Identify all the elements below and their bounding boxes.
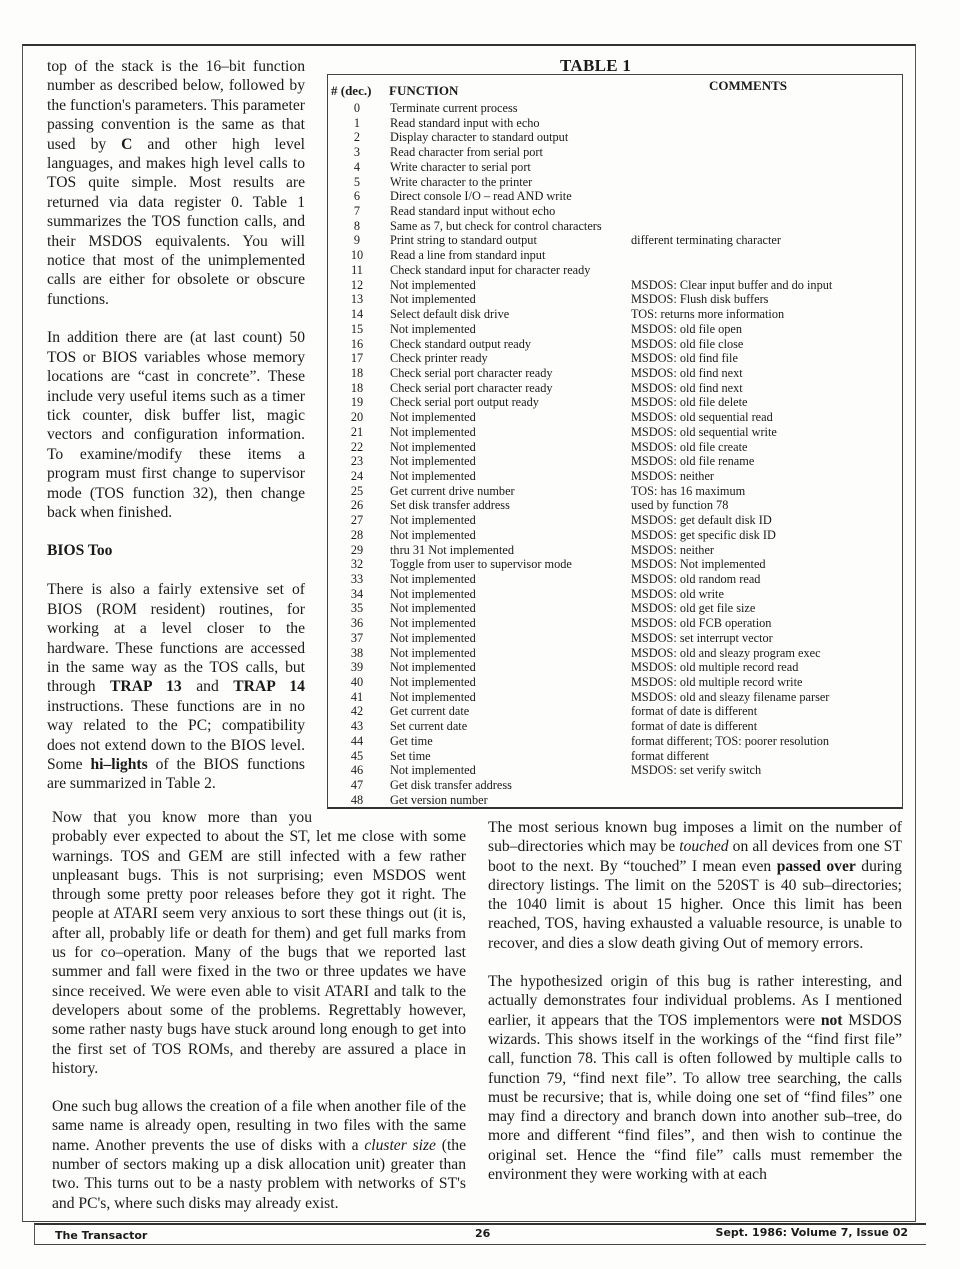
row-comment: format of date is different — [631, 704, 757, 719]
table-title: TABLE 1 — [560, 56, 631, 76]
row-comment: MSDOS: set verify switch — [631, 763, 761, 778]
table-row: 18Check serial port character readyMSDOS… — [328, 381, 902, 396]
bold-text: hi–lights — [90, 756, 147, 773]
column-header-number: # (dec.) — [331, 83, 371, 99]
table-row: 4Write character to serial port — [328, 160, 902, 175]
table-row: 3Read character from serial port — [328, 145, 902, 160]
row-number: 19 — [328, 395, 386, 410]
row-function: Read character from serial port — [390, 145, 543, 160]
table-row: 17Check printer readyMSDOS: old find fil… — [328, 351, 902, 366]
row-comment: MSDOS: old FCB operation — [631, 616, 771, 631]
row-number: 2 — [328, 130, 386, 145]
row-comment: MSDOS: old file close — [631, 337, 743, 352]
bold-text: passed over — [777, 858, 856, 875]
bold-text: TRAP 13 — [110, 678, 182, 695]
row-comment: used by function 78 — [631, 498, 728, 513]
row-number: 23 — [328, 454, 386, 469]
text: MSDOS wizards. This shows itself in the … — [488, 1012, 902, 1183]
row-function: Read standard input with echo — [390, 116, 540, 131]
table-row: 13Not implementedMSDOS: Flush disk buffe… — [328, 292, 902, 307]
row-function: Set disk transfer address — [390, 498, 510, 513]
table-row: 21Not implementedMSDOS: old sequential w… — [328, 425, 902, 440]
table-row: 26Set disk transfer addressused by funct… — [328, 498, 902, 513]
row-number: 11 — [328, 263, 386, 278]
section-heading: BIOS Too — [47, 541, 305, 560]
bold-text: C — [121, 136, 132, 153]
table-row: 7Read standard input without echo — [328, 204, 902, 219]
row-comment: MSDOS: old file rename — [631, 454, 754, 469]
row-function: Get disk transfer address — [390, 778, 512, 793]
row-number: 41 — [328, 690, 386, 705]
paragraph: Now that you know more than youprobably … — [52, 808, 466, 1078]
row-number: 28 — [328, 528, 386, 543]
row-number: 4 — [328, 160, 386, 175]
right-column: The most serious known bug imposes a lim… — [488, 818, 902, 1203]
row-comment: MSDOS: old find next — [631, 381, 743, 396]
row-function: Select default disk drive — [390, 307, 509, 322]
row-number: 0 — [328, 101, 386, 116]
table-row: 32Toggle from user to supervisor modeMSD… — [328, 557, 902, 572]
row-number: 18 — [328, 366, 386, 381]
row-function: Not implemented — [390, 763, 476, 778]
row-comment: MSDOS: old file delete — [631, 395, 747, 410]
row-comment: MSDOS: get specific disk ID — [631, 528, 776, 543]
publication-name: The Transactor — [55, 1229, 147, 1242]
row-function: Not implemented — [390, 631, 476, 646]
row-number: 22 — [328, 440, 386, 455]
row-function: Check serial port character ready — [390, 381, 553, 396]
text: Now that you know more than you — [52, 808, 312, 827]
table-row: 25Get current drive numberTOS: has 16 ma… — [328, 484, 902, 499]
row-number: 25 — [328, 484, 386, 499]
row-comment: MSDOS: old multiple record read — [631, 660, 798, 675]
row-comment: MSDOS: set interrupt vector — [631, 631, 773, 646]
row-number: 24 — [328, 469, 386, 484]
row-function: Not implemented — [390, 587, 476, 602]
function-table: # (dec.) FUNCTION COMMENTS 0Terminate cu… — [327, 74, 903, 809]
row-number: 5 — [328, 175, 386, 190]
table-row: 10Read a line from standard input — [328, 248, 902, 263]
table-row: 14Select default disk driveTOS: returns … — [328, 307, 902, 322]
text: and other high level languages, and make… — [47, 136, 305, 308]
row-number: 44 — [328, 734, 386, 749]
table-row: 19Check serial port output readyMSDOS: o… — [328, 395, 902, 410]
issue-info: Sept. 1986: Volume 7, Issue 02 — [716, 1226, 908, 1239]
row-comment: MSDOS: old sequential write — [631, 425, 777, 440]
table-row: 24Not implementedMSDOS: neither — [328, 469, 902, 484]
row-function: Write character to serial port — [390, 160, 531, 175]
text: and — [182, 678, 234, 695]
left-column: top of the stack is the 16–bit function … — [47, 57, 305, 813]
paragraph: top of the stack is the 16–bit function … — [47, 57, 305, 309]
row-function: Not implemented — [390, 410, 476, 425]
table-row: 38Not implementedMSDOS: old and sleazy p… — [328, 646, 902, 661]
row-number: 39 — [328, 660, 386, 675]
row-number: 37 — [328, 631, 386, 646]
row-number: 47 — [328, 778, 386, 793]
row-function: Not implemented — [390, 278, 476, 293]
row-function: Not implemented — [390, 690, 476, 705]
row-number: 10 — [328, 248, 386, 263]
row-function: Set current date — [390, 719, 467, 734]
table-row: 47Get disk transfer address — [328, 778, 902, 793]
table-row: 41Not implementedMSDOS: old and sleazy f… — [328, 690, 902, 705]
row-comment: MSDOS: get default disk ID — [631, 513, 772, 528]
row-function: Check serial port character ready — [390, 366, 553, 381]
table-row: 37Not implementedMSDOS: set interrupt ve… — [328, 631, 902, 646]
row-function: Not implemented — [390, 675, 476, 690]
row-comment: TOS: has 16 maximum — [631, 484, 745, 499]
table-row: 34Not implementedMSDOS: old write — [328, 587, 902, 602]
row-function: Get current drive number — [390, 484, 515, 499]
row-function: thru 31 Not implemented — [390, 543, 514, 558]
row-number: 9 — [328, 233, 386, 248]
row-number: 38 — [328, 646, 386, 661]
row-number: 33 — [328, 572, 386, 587]
paragraph: The hypothesized origin of this bug is r… — [488, 972, 902, 1184]
row-comment: MSDOS: Flush disk buffers — [631, 292, 768, 307]
column-header-function: FUNCTION — [389, 83, 458, 99]
table-row: 5Write character to the printer — [328, 175, 902, 190]
row-function: Not implemented — [390, 646, 476, 661]
row-comment: MSDOS: old find file — [631, 351, 738, 366]
row-comment: MSDOS: Not implemented — [631, 557, 766, 572]
table-row: 48Get version number — [328, 793, 902, 808]
row-function: Not implemented — [390, 528, 476, 543]
row-function: Check serial port output ready — [390, 395, 539, 410]
table-row: 22Not implementedMSDOS: old file create — [328, 440, 902, 455]
row-function: Terminate current process — [390, 101, 518, 116]
text: probably ever expected to about the ST, … — [52, 828, 466, 1077]
row-comment: MSDOS: neither — [631, 543, 714, 558]
row-function: Not implemented — [390, 425, 476, 440]
table-row: 2Display character to standard output — [328, 130, 902, 145]
row-number: 29 — [328, 543, 386, 558]
bottom-left-column: Now that you know more than youprobably … — [52, 808, 466, 1232]
italic-text: touched — [679, 838, 728, 855]
row-function: Not implemented — [390, 513, 476, 528]
row-function: Get time — [390, 734, 433, 749]
row-number: 14 — [328, 307, 386, 322]
table-row: 18Check serial port character readyMSDOS… — [328, 366, 902, 381]
row-number: 13 — [328, 292, 386, 307]
row-number: 36 — [328, 616, 386, 631]
row-number: 48 — [328, 793, 386, 808]
row-number: 35 — [328, 601, 386, 616]
row-number: 46 — [328, 763, 386, 778]
paragraph: There is also a fairly extensive set of … — [47, 580, 305, 793]
table-row: 40Not implementedMSDOS: old multiple rec… — [328, 675, 902, 690]
row-number: 27 — [328, 513, 386, 528]
row-number: 43 — [328, 719, 386, 734]
row-function: Toggle from user to supervisor mode — [390, 557, 572, 572]
row-comment: format different; TOS: poorer resolution — [631, 734, 829, 749]
row-comment: MSDOS: old random read — [631, 572, 760, 587]
table-row: 11Check standard input for character rea… — [328, 263, 902, 278]
row-number: 40 — [328, 675, 386, 690]
table-row: 46Not implementedMSDOS: set verify switc… — [328, 763, 902, 778]
row-comment: MSDOS: Clear input buffer and do input — [631, 278, 832, 293]
row-function: Check standard output ready — [390, 337, 531, 352]
column-header-comments: COMMENTS — [709, 78, 787, 94]
row-function: Check standard input for character ready — [390, 263, 590, 278]
table-row: 16Check standard output readyMSDOS: old … — [328, 337, 902, 352]
row-function: Same as 7, but check for control charact… — [390, 219, 602, 234]
row-function: Not implemented — [390, 454, 476, 469]
bold-text: not — [821, 1012, 843, 1029]
row-number: 12 — [328, 278, 386, 293]
row-function: Not implemented — [390, 601, 476, 616]
row-comment: MSDOS: old and sleazy program exec — [631, 646, 821, 661]
row-function: Write character to the printer — [390, 175, 532, 190]
table-row: 29thru 31 Not implementedMSDOS: neither — [328, 543, 902, 558]
table-row: 0Terminate current process — [328, 101, 902, 116]
table-row: 6Direct console I/O – read AND write — [328, 189, 902, 204]
row-number: 3 — [328, 145, 386, 160]
row-comment: MSDOS: old file open — [631, 322, 742, 337]
row-comment: MSDOS: old get file size — [631, 601, 755, 616]
row-number: 21 — [328, 425, 386, 440]
row-function: Read standard input without echo — [390, 204, 555, 219]
row-comment: MSDOS: old sequential read — [631, 410, 773, 425]
row-number: 7 — [328, 204, 386, 219]
row-comment: MSDOS: old and sleazy filename parser — [631, 690, 829, 705]
page-footer: The Transactor 26 Sept. 1986: Volume 7, … — [34, 1223, 926, 1245]
row-function: Set time — [390, 749, 431, 764]
table-row: 12Not implementedMSDOS: Clear input buff… — [328, 278, 902, 293]
paragraph: One such bug allows the creation of a fi… — [52, 1097, 466, 1213]
row-number: 6 — [328, 189, 386, 204]
row-number: 8 — [328, 219, 386, 234]
row-number: 16 — [328, 337, 386, 352]
row-function: Not implemented — [390, 660, 476, 675]
row-comment: MSDOS: old multiple record write — [631, 675, 802, 690]
row-function: Check printer ready — [390, 351, 488, 366]
row-comment: different terminating character — [631, 233, 781, 248]
paragraph: In addition there are (at last count) 50… — [47, 328, 305, 522]
row-number: 42 — [328, 704, 386, 719]
row-function: Read a line from standard input — [390, 248, 545, 263]
row-number: 26 — [328, 498, 386, 513]
row-number: 18 — [328, 381, 386, 396]
table-row: 9Print string to standard outputdifferen… — [328, 233, 902, 248]
row-comment: format of date is different — [631, 719, 757, 734]
row-number: 34 — [328, 587, 386, 602]
table-row: 44Get timeformat different; TOS: poorer … — [328, 734, 902, 749]
table-row: 39Not implementedMSDOS: old multiple rec… — [328, 660, 902, 675]
table-row: 43Set current dateformat of date is diff… — [328, 719, 902, 734]
table-row: 45Set timeformat different — [328, 749, 902, 764]
italic-text: cluster size — [364, 1137, 436, 1154]
row-function: Direct console I/O – read AND write — [390, 189, 572, 204]
row-function: Not implemented — [390, 440, 476, 455]
row-function: Print string to standard output — [390, 233, 537, 248]
bold-text: TRAP 14 — [233, 678, 305, 695]
row-function: Not implemented — [390, 616, 476, 631]
table-row: 33Not implementedMSDOS: old random read — [328, 572, 902, 587]
table-body: 0Terminate current process1Read standard… — [328, 101, 902, 808]
table-row: 27Not implementedMSDOS: get default disk… — [328, 513, 902, 528]
table-row: 1Read standard input with echo — [328, 116, 902, 131]
paragraph: The most serious known bug imposes a lim… — [488, 818, 902, 953]
row-function: Not implemented — [390, 572, 476, 587]
table-row: 8Same as 7, but check for control charac… — [328, 219, 902, 234]
row-function: Not implemented — [390, 292, 476, 307]
row-function: Not implemented — [390, 322, 476, 337]
row-function: Display character to standard output — [390, 130, 568, 145]
table-row: 28Not implementedMSDOS: get specific dis… — [328, 528, 902, 543]
row-number: 15 — [328, 322, 386, 337]
row-comment: MSDOS: old file create — [631, 440, 747, 455]
row-comment: MSDOS: old find next — [631, 366, 743, 381]
row-function: Get current date — [390, 704, 469, 719]
row-comment: MSDOS: old write — [631, 587, 724, 602]
table-row: 36Not implementedMSDOS: old FCB operatio… — [328, 616, 902, 631]
table-row: 20Not implementedMSDOS: old sequential r… — [328, 410, 902, 425]
row-comment: format different — [631, 749, 709, 764]
table-row: 42Get current dateformat of date is diff… — [328, 704, 902, 719]
row-number: 20 — [328, 410, 386, 425]
table-row: 23Not implementedMSDOS: old file rename — [328, 454, 902, 469]
table-row: 35Not implementedMSDOS: old get file siz… — [328, 601, 902, 616]
row-function: Not implemented — [390, 469, 476, 484]
row-comment: MSDOS: neither — [631, 469, 714, 484]
row-number: 1 — [328, 116, 386, 131]
page-number: 26 — [475, 1227, 490, 1240]
row-number: 32 — [328, 557, 386, 572]
row-number: 45 — [328, 749, 386, 764]
row-number: 17 — [328, 351, 386, 366]
row-function: Get version number — [390, 793, 488, 808]
table-row: 15Not implementedMSDOS: old file open — [328, 322, 902, 337]
row-comment: TOS: returns more information — [631, 307, 784, 322]
